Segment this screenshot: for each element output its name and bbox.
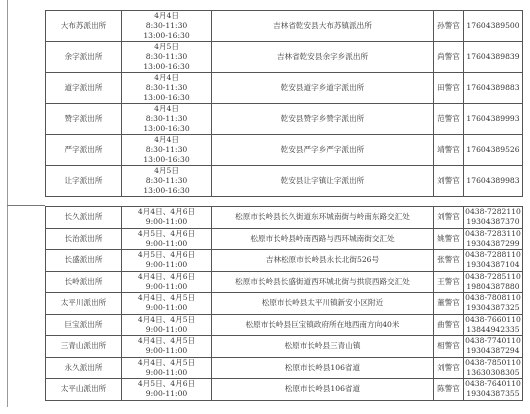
morning-hours: 8:30-11:30 [122, 145, 211, 155]
left-section-border [7, 0, 8, 407]
table-row: 道字派出所 4月4日 8:30-11:30 13:00-16:30 乾安县道字乡… [46, 73, 523, 104]
service-dates: 4月5日、4月6日 [122, 379, 211, 389]
officer: 张警官 [434, 250, 464, 272]
qianan-stations-table: 大布苏派出所 4月4日 8:30-11:30 13:00-16:30 吉林省乾安… [45, 10, 523, 197]
service-time: 4月4日 8:30-11:30 13:00-16:30 [122, 11, 212, 42]
service-dates: 4月4日、4月5日 [122, 358, 211, 368]
officer: 刘警官 [434, 207, 464, 229]
mobile: 19304387355 [464, 389, 522, 399]
phone: 17604389883 [464, 73, 523, 104]
morning-hours: 8:30-11:30 [122, 21, 211, 31]
landline: 0438-7660110 [464, 315, 522, 325]
address: 松原市长岭县岭南西路与西环城南街交汇处 [212, 228, 434, 250]
service-time: 4月4日、4月6日 9:00-11:00 [122, 207, 212, 229]
phone: 17604389500 [464, 11, 523, 42]
table-row: 大布苏派出所 4月4日 8:30-11:30 13:00-16:30 吉林省乾安… [46, 11, 523, 42]
address: 乾安县让字镇让字派出所 [212, 166, 434, 197]
phone: 0438-7850110 13630308305 [464, 357, 523, 379]
service-hours: 9:00-11:00 [122, 346, 211, 356]
service-time: 4月4日、4月5日 9:00-11:00 [122, 293, 212, 315]
mobile: 19304387299 [464, 239, 522, 249]
service-time: 4月4日、4月5日 9:00-11:00 [122, 314, 212, 336]
station-name: 道字派出所 [46, 73, 122, 104]
phone: 0438-7640110 19304387355 [464, 379, 523, 401]
service-hours: 9:00-11:00 [122, 260, 211, 270]
station-name: 巨宝派出所 [46, 314, 122, 336]
mobile: 19804387880 [464, 282, 522, 292]
station-name: 三青山派出所 [46, 336, 122, 358]
service-dates: 4月5日、4月6日 [122, 229, 211, 239]
landline: 0438-7850110 [464, 358, 522, 368]
service-hours: 9:00-11:00 [122, 303, 211, 313]
phone: 0438-7288110 19304387104 [464, 250, 523, 272]
officer: 靖警官 [434, 135, 464, 166]
address: 吉林松原市长岭县永长北街526号 [212, 250, 434, 272]
address: 松原市长岭县太平川镇新安小区附近 [212, 293, 434, 315]
officer: 刘警官 [434, 357, 464, 379]
landline: 0438-7282110 [464, 207, 522, 217]
mobile: 13630308305 [464, 368, 522, 378]
officer: 姚警官 [434, 228, 464, 250]
service-hours: 9:00-11:00 [122, 389, 211, 399]
station-name: 长岭派出所 [46, 271, 122, 293]
address: 松原市长岭县长久街道东环城南街与岭南东路交汇处 [212, 207, 434, 229]
officer: 孙警官 [434, 11, 464, 42]
phone: 0438-7660110 13844942335 [464, 314, 523, 336]
station-name: 永久派出所 [46, 357, 122, 379]
officer: 刘警官 [434, 166, 464, 197]
afternoon-hours: 13:00-16:30 [122, 31, 211, 41]
landline: 0438-7640110 [464, 379, 522, 389]
section-divider [7, 205, 45, 206]
station-name: 太平川派出所 [46, 293, 122, 315]
table-row: 永久派出所 4月4日、4月5日 9:00-11:00 松原市长岭县106省道 刘… [46, 357, 523, 379]
table-row: 太平川派出所 4月4日、4月5日 9:00-11:00 松原市长岭县太平川镇新安… [46, 293, 523, 315]
service-hours: 9:00-11:00 [122, 239, 211, 249]
table-row: 三青山派出所 4月4日、4月5日 9:00-11:00 松原市长岭县三青山镇 相… [46, 336, 523, 358]
address: 吉林省乾安县余字乡派出所 [212, 42, 434, 73]
morning-hours: 8:30-11:30 [122, 176, 211, 186]
address: 乾安县赞字乡赞字派出所 [212, 104, 434, 135]
service-time: 4月5日 8:30-11:30 13:00-16:30 [122, 166, 212, 197]
officer: 董警官 [434, 293, 464, 315]
phone: 0438-7740110 19304387294 [464, 336, 523, 358]
service-time: 4月5日、4月6日 9:00-11:00 [122, 228, 212, 250]
table-row: 长久派出所 4月4日、4月6日 9:00-11:00 松原市长岭县长久街道东环城… [46, 207, 523, 229]
station-name: 严字派出所 [46, 135, 122, 166]
phone: 0438-7283110 19304387299 [464, 228, 523, 250]
table-row: 让字派出所 4月5日 8:30-11:30 13:00-16:30 乾安县让字镇… [46, 166, 523, 197]
table-row: 长岭派出所 4月4日、4月6日 9:00-11:00 松原市长岭县长盛街道西环城… [46, 271, 523, 293]
landline: 0438-7283110 [464, 229, 522, 239]
phone: 17604389983 [464, 166, 523, 197]
phone: 0438-7808110 19304387325 [464, 293, 523, 315]
landline: 0438-7285110 [464, 272, 522, 282]
officer: 田警官 [434, 73, 464, 104]
service-date: 4月5日 [122, 42, 211, 52]
service-date: 4月4日 [122, 73, 211, 83]
address: 松原市长岭县三青山镇 [212, 336, 434, 358]
officer: 尚警官 [434, 42, 464, 73]
service-dates: 4月4日、4月5日 [122, 336, 211, 346]
morning-hours: 8:30-11:30 [122, 83, 211, 93]
address: 吉林省乾安县大布苏镇派出所 [212, 11, 434, 42]
station-name: 余字派出所 [46, 42, 122, 73]
afternoon-hours: 13:00-16:30 [122, 155, 211, 165]
station-name: 大布苏派出所 [46, 11, 122, 42]
station-name: 太平山派出所 [46, 379, 122, 401]
service-time: 4月4日 8:30-11:30 13:00-16:30 [122, 135, 212, 166]
phone: 0438-7282110 19304387370 [464, 207, 523, 229]
service-time: 4月4日 8:30-11:30 13:00-16:30 [122, 73, 212, 104]
address: 松原市长岭县长盛街道西环城北街与拱宸西路交汇处 [212, 271, 434, 293]
service-date: 4月4日 [122, 104, 211, 114]
mobile: 19304387294 [464, 346, 522, 356]
service-dates: 4月4日、4月6日 [122, 207, 211, 217]
service-date: 4月4日 [122, 135, 211, 145]
officer: 王警官 [434, 271, 464, 293]
phone: 17604389839 [464, 42, 523, 73]
table-row: 长盛派出所 4月5日、4月6日 9:00-11:00 吉林松原市长岭县永长北街5… [46, 250, 523, 272]
service-time: 4月4日、4月5日 9:00-11:00 [122, 357, 212, 379]
mobile: 19304387370 [464, 217, 522, 227]
service-date: 4月5日 [122, 166, 211, 176]
table-row: 长治派出所 4月5日、4月6日 9:00-11:00 松原市长岭县岭南西路与西环… [46, 228, 523, 250]
officer: 陈警官 [434, 379, 464, 401]
officer: 曲警官 [434, 314, 464, 336]
afternoon-hours: 13:00-16:30 [122, 186, 211, 196]
service-dates: 4月5日、4月6日 [122, 250, 211, 260]
service-hours: 9:00-11:00 [122, 368, 211, 378]
landline: 0438-7288110 [464, 250, 522, 260]
station-name: 长久派出所 [46, 207, 122, 229]
table-row: 严字派出所 4月4日 8:30-11:30 13:00-16:30 乾安县严字乡… [46, 135, 523, 166]
address: 松原市长岭县巨宝镇政府所在地西南方向40米 [212, 314, 434, 336]
officer: 相警官 [434, 336, 464, 358]
service-hours: 9:00-11:00 [122, 282, 211, 292]
service-time: 4月4日、4月5日 9:00-11:00 [122, 336, 212, 358]
mobile: 19304387104 [464, 260, 522, 270]
phone: 17604389993 [464, 104, 523, 135]
changling-stations-table: 长久派出所 4月4日、4月6日 9:00-11:00 松原市长岭县长久街道东环城… [45, 206, 523, 401]
afternoon-hours: 13:00-16:30 [122, 62, 211, 72]
service-dates: 4月4日、4月6日 [122, 272, 211, 282]
table-row: 太平山派出所 4月5日、4月6日 9:00-11:00 松原市长岭县106省道 … [46, 379, 523, 401]
landline: 0438-7740110 [464, 336, 522, 346]
service-time: 4月5日 8:30-11:30 13:00-16:30 [122, 42, 212, 73]
station-name: 让字派出所 [46, 166, 122, 197]
address: 松原市长岭县106省道 [212, 357, 434, 379]
station-name: 长治派出所 [46, 228, 122, 250]
service-hours: 9:00-11:00 [122, 217, 211, 227]
service-time: 4月5日、4月6日 9:00-11:00 [122, 379, 212, 401]
table-row: 余字派出所 4月5日 8:30-11:30 13:00-16:30 吉林省乾安县… [46, 42, 523, 73]
phone: 17604389526 [464, 135, 523, 166]
afternoon-hours: 13:00-16:30 [122, 93, 211, 103]
morning-hours: 8:30-11:30 [122, 114, 211, 124]
afternoon-hours: 13:00-16:30 [122, 124, 211, 134]
station-name: 长盛派出所 [46, 250, 122, 272]
service-dates: 4月4日、4月5日 [122, 293, 211, 303]
service-time: 4月4日 8:30-11:30 13:00-16:30 [122, 104, 212, 135]
service-hours: 9:00-11:00 [122, 325, 211, 335]
service-time: 4月4日、4月6日 9:00-11:00 [122, 271, 212, 293]
service-dates: 4月4日、4月5日 [122, 315, 211, 325]
table-row: 赞字派出所 4月4日 8:30-11:30 13:00-16:30 乾安县赞字乡… [46, 104, 523, 135]
service-date: 4月4日 [122, 11, 211, 21]
address: 乾安县道字乡道字派出所 [212, 73, 434, 104]
station-name: 赞字派出所 [46, 104, 122, 135]
service-time: 4月5日、4月6日 9:00-11:00 [122, 250, 212, 272]
mobile: 19304387325 [464, 303, 522, 313]
phone: 0438-7285110 19804387880 [464, 271, 523, 293]
address: 松原市长岭县106省道 [212, 379, 434, 401]
landline: 0438-7808110 [464, 293, 522, 303]
morning-hours: 8:30-11:30 [122, 52, 211, 62]
officer: 范警官 [434, 104, 464, 135]
address: 乾安县严字乡严字派出所 [212, 135, 434, 166]
mobile: 13844942335 [464, 325, 522, 335]
table-row: 巨宝派出所 4月4日、4月5日 9:00-11:00 松原市长岭县巨宝镇政府所在… [46, 314, 523, 336]
